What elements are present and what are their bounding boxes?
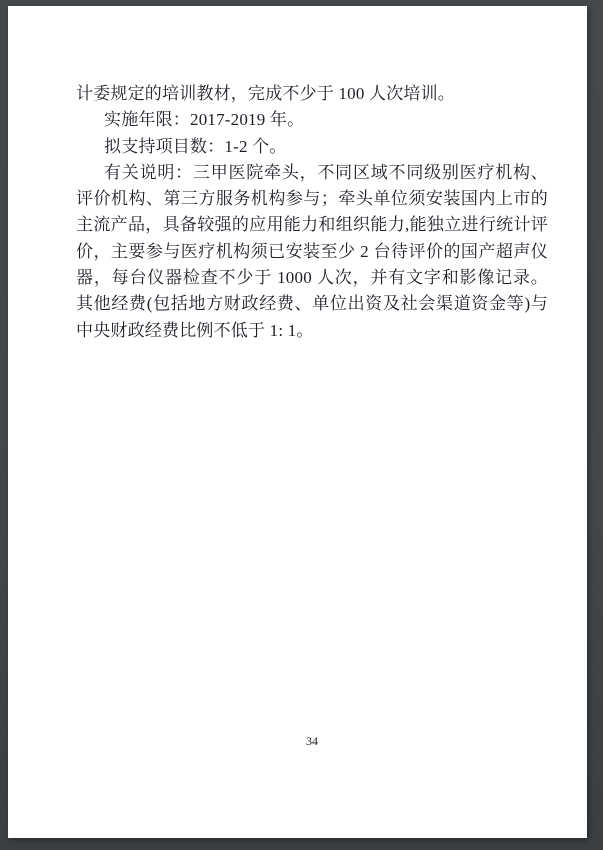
document-page: 计委规定的培训教材，完成不少于 100 人次培训。 实施年限：2017-2019… xyxy=(8,6,587,838)
text-line: 有关说明：三甲医院牵头，不同区域不同级别医疗机构、 xyxy=(76,160,548,186)
text-line: 中央财政经费比例不低于 1: 1。 xyxy=(76,318,548,344)
document-viewer-background: 计委规定的培训教材，完成不少于 100 人次培训。 实施年限：2017-2019… xyxy=(0,0,603,850)
text-block: 计委规定的培训教材，完成不少于 100 人次培训。 实施年限：2017-2019… xyxy=(76,81,548,344)
text-line: 评价机构、第三方服务机构参与；牵头单位须安装国内上市的 xyxy=(76,186,548,212)
text-line: 拟支持项目数：1-2 个。 xyxy=(76,134,548,160)
text-line: 计委规定的培训教材，完成不少于 100 人次培训。 xyxy=(76,81,548,107)
text-line: 实施年限：2017-2019 年。 xyxy=(76,107,548,133)
text-line: 主流产品，具备较强的应用能力和组织能力,能独立进行统计评 xyxy=(76,212,548,238)
text-line: 价，主要参与医疗机构须已安装至少 2 台待评价的国产超声仪 xyxy=(76,239,548,265)
page-number: 34 xyxy=(76,734,548,748)
text-line: 其他经费(包括地方财政经费、单位出资及社会渠道资金等)与 xyxy=(76,291,548,317)
text-line: 器，每台仪器检查不少于 1000 人次，并有文字和影像记录。 xyxy=(76,265,548,291)
